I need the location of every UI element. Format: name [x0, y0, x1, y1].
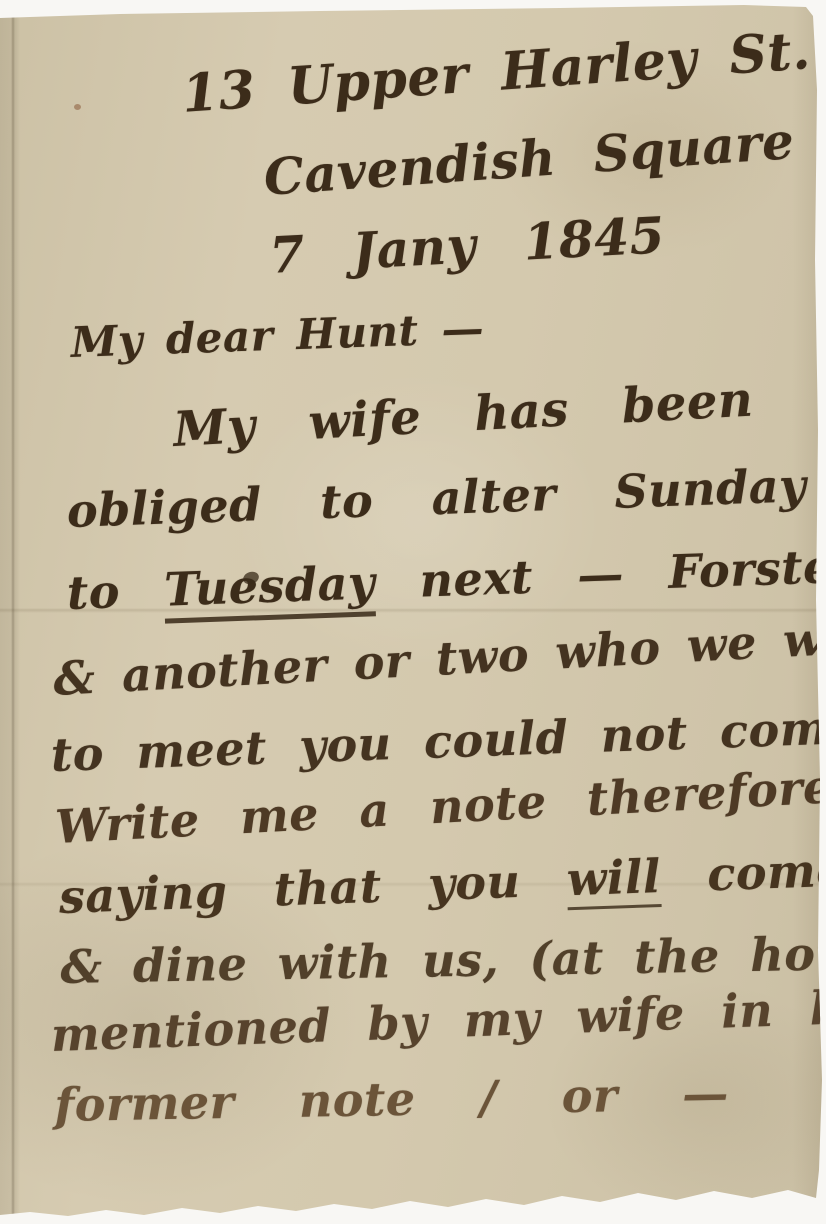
date-line: 7 Jany 1845 — [268, 205, 666, 285]
body-line-7: saying that you will come — [58, 843, 826, 924]
salutation-line: My dear Hunt — — [70, 304, 485, 367]
underlined-word-tuesday: Tuesday — [163, 555, 376, 623]
body-line-3: to Tuesday next — Forster — [66, 538, 826, 620]
body-line-3-post: next — Forster — [374, 538, 826, 609]
body-line-8: & dine with us, (at the hour — [60, 926, 826, 994]
letter-page: 13 Upper Harley St. Cavendish Square 7 J… — [0, 0, 826, 1224]
body-line-10: former note / or — — [54, 1066, 729, 1132]
address-line-2: Cavendish Square — [262, 111, 796, 207]
letter-scan: 13 Upper Harley St. Cavendish Square 7 J… — [0, 0, 826, 1224]
body-line-7-post: come — [660, 843, 826, 903]
underlined-word-will: will — [566, 849, 662, 910]
address-line-1: 13 Upper Harley St. — [180, 20, 812, 125]
body-line-2: obliged to alter Sunday — [66, 458, 807, 538]
body-line-3-pre: to — [66, 563, 165, 620]
body-line-7-pre: saying that you — [58, 852, 568, 924]
body-line-1: My wife has been — [172, 372, 755, 458]
paper-speck — [74, 104, 81, 110]
